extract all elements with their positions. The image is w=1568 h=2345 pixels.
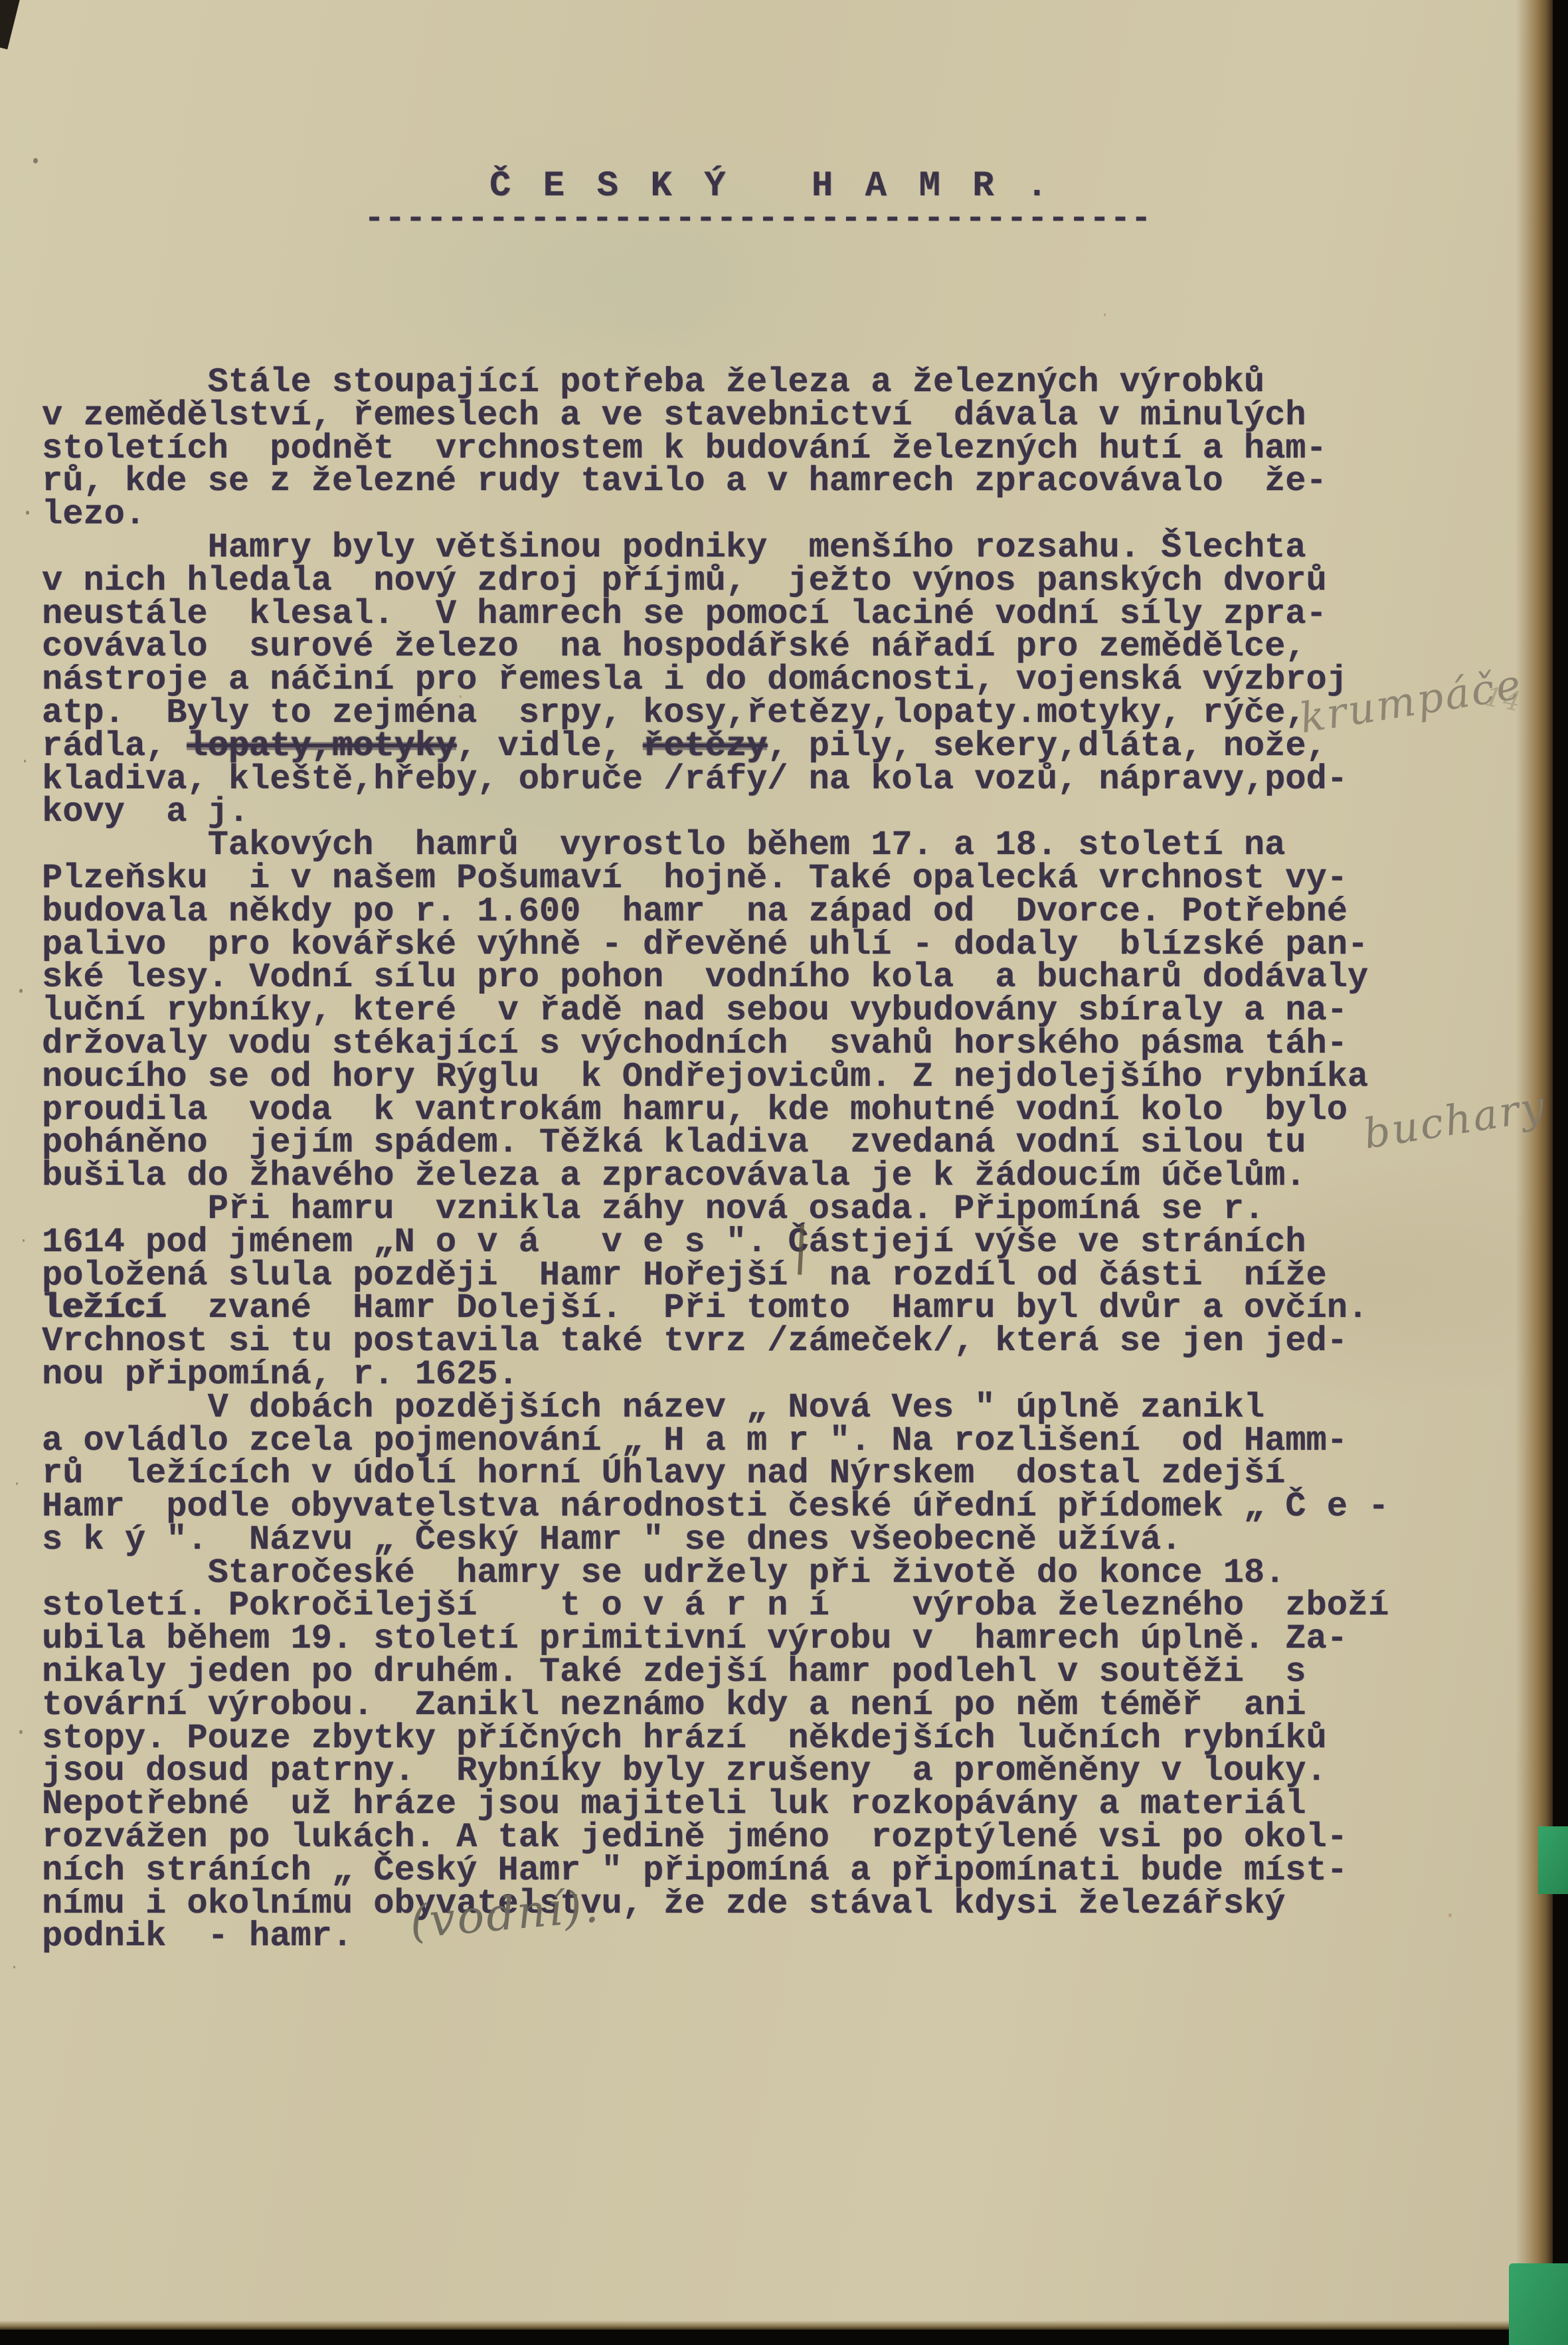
text-segment: podnik - hamr.: [42, 1917, 353, 1956]
typewritten-line: s k ý ". Názvu „ Český Hamr " se dnes vš…: [42, 1523, 1389, 1557]
scanner-background-right: [1553, 0, 1568, 2345]
typewritten-line: a ovládlo zcela pojmenování „ H a m r ".…: [42, 1425, 1389, 1458]
typewritten-line: rů, kde se z železné rudy tavilo a v ham…: [42, 465, 1389, 498]
typewritten-line: Plzeňsku i v našem Pošumaví hojně. Také …: [42, 862, 1389, 895]
typewritten-line: nástroje a náčiní pro řemesla i do domác…: [42, 663, 1389, 697]
page-bottom-edge: [0, 2320, 1554, 2330]
book-fore-edge: [1516, 0, 1553, 2331]
typewritten-line: ubila během 19. století primitivní výrob…: [42, 1622, 1389, 1656]
typewritten-line: ležící zvané Hamr Dolejší. Při tomto Ham…: [42, 1292, 1389, 1325]
typewritten-line: rů ležících v údolí horní Úhlavy nad Nýr…: [42, 1457, 1389, 1490]
green-cloth-patch: [1538, 1826, 1568, 1894]
typewritten-line: rádla, lopaty,motyky, vidle, řetězy, pil…: [42, 730, 1389, 763]
typewritten-line: atp. Byly to zejména srpy, kosy,řetězy,l…: [42, 697, 1389, 730]
typewritten-line: Takových hamrů vyrostlo během 17. a 18. …: [42, 829, 1389, 862]
typewritten-line: Při hamru vznikla záhy nová osada. Připo…: [42, 1193, 1389, 1226]
pencil-page-number: 14: [1482, 681, 1525, 718]
typewritten-line: ské lesy. Vodní sílu pro pohon vodního k…: [42, 961, 1389, 994]
typewritten-line: Hamry byly většinou podniky menšího rozs…: [42, 531, 1389, 565]
typewritten-line: rozvážen po lukách. A tak jedině jméno r…: [42, 1821, 1389, 1854]
typewritten-line: v nich hledala nový zdroj příjmů, ježto …: [42, 565, 1389, 598]
typewritten-line: podnik - hamr.: [42, 1920, 1389, 1953]
typewritten-line: palivo pro kovářské výhně - dřevěné uhlí…: [42, 928, 1389, 962]
typewritten-line: století. Pokročilejší t o v á r n í výro…: [42, 1589, 1389, 1622]
typewritten-line: budovala někdy po r. 1.600 hamr na západ…: [42, 895, 1389, 928]
typewritten-line: stoletích podnět vrchnostem k budování ž…: [42, 432, 1389, 466]
scanner-background-bottom: [0, 2330, 1568, 2345]
typewritten-line: covávalo surové železo na hospodářské ná…: [42, 630, 1389, 663]
typewritten-line: V dobách pozdějších název „ Nová Ves " ú…: [42, 1391, 1389, 1425]
typewritten-line: luční rybníky, které v řadě nad sebou vy…: [42, 994, 1389, 1027]
insertion-stroke: |: [791, 1215, 813, 1275]
green-cloth-corner: [1509, 2263, 1568, 2345]
typewritten-line: kladiva, kleště,hřeby, obruče /ráfy/ na …: [42, 763, 1389, 796]
typewritten-text: Stále stoupající potřeba železa a železn…: [42, 366, 1389, 1953]
typewritten-line: lezo.: [42, 498, 1389, 531]
typewritten-line: noucího se od hory Rýglu k Ondřejovicům.…: [42, 1061, 1389, 1094]
typewritten-line: Vrchnost si tu postavila také tvrz /záme…: [42, 1325, 1389, 1358]
typewritten-line: stopy. Pouze zbytky příčných hrází někde…: [42, 1722, 1389, 1755]
typewritten-line: položená slula později Hamr Hořejší na r…: [42, 1259, 1389, 1292]
typewritten-line: tovární výrobou. Zanikl neznámo kdy a ne…: [42, 1689, 1389, 1722]
typewritten-line: jsou dosud patrny. Rybníky byly zrušeny …: [42, 1755, 1389, 1788]
typewritten-line: držovaly vodu stékající s východních sva…: [42, 1027, 1389, 1061]
typewritten-line: nou připomíná, r. 1625.: [42, 1358, 1389, 1391]
typewritten-line: Stále stoupající potřeba železa a železn…: [42, 366, 1389, 399]
typewritten-line: Nepotřebné už hráze jsou majiteli luk ro…: [42, 1788, 1389, 1821]
title-underline: --------------------------------------: [364, 199, 1152, 238]
typewritten-line: kovy a j.: [42, 796, 1389, 829]
typewritten-line: proudila voda k vantrokám hamru, kde moh…: [42, 1094, 1389, 1127]
typewritten-line: 1614 pod jménem „N o v á v e s ". Částje…: [42, 1226, 1389, 1259]
typewritten-line: Staročeské hamry se udržely při životě d…: [42, 1557, 1389, 1590]
typewritten-line: nikaly jeden po druhém. Také zdejší hamr…: [42, 1656, 1389, 1689]
typewritten-line: poháněno jejím spádem. Těžká kladiva zve…: [42, 1126, 1389, 1160]
text-segment: rů, kde se z železné rudy tavilo a v ham…: [42, 462, 1327, 501]
ink-specks: [33, 158, 38, 163]
scanned-page: Č E S K Ý H A M R . --------------------…: [0, 0, 1550, 2331]
typewritten-line: neustále klesal. V hamrech se pomocí lac…: [42, 598, 1389, 631]
typewritten-line: bušila do žhavého železa a zpracovávala …: [42, 1160, 1389, 1193]
typewritten-line: ních stráních „ Český Hamr " připomíná a…: [42, 1854, 1389, 1887]
scan-background: { "page": { "title": "Č E S K Ý H A M R …: [0, 0, 1568, 2345]
typewritten-line: Hamr podle obyvatelstva národnosti české…: [42, 1490, 1389, 1523]
typewritten-line: v zemědělství, řemeslech a ve stavebnict…: [42, 399, 1389, 432]
typewritten-line: nímu i okolnímu obyvatelstvu, že zde stá…: [42, 1887, 1389, 1921]
